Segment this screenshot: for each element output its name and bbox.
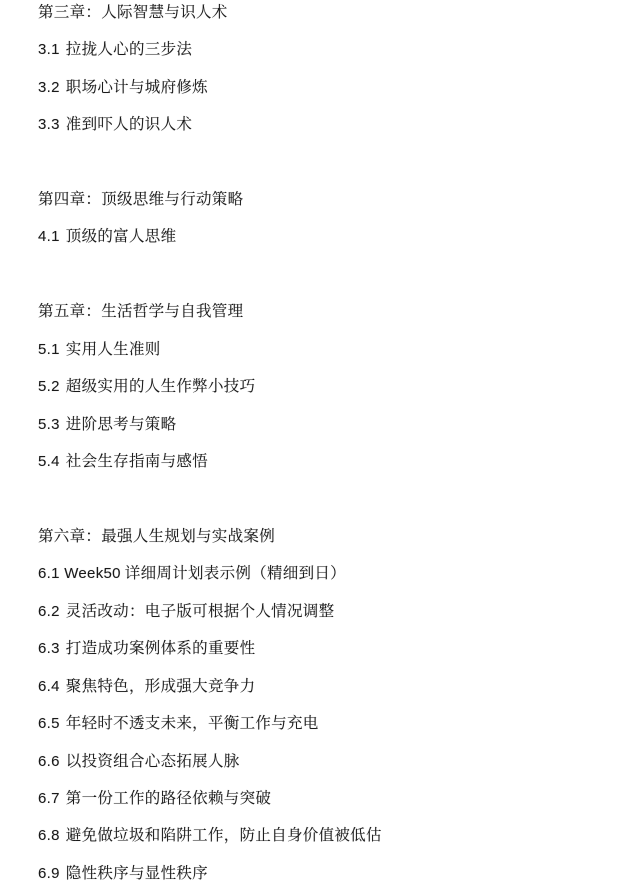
section-6-2: 6.2灵活改动：电子版可根据个人情况调整 xyxy=(38,599,334,623)
chapter-4-heading: 第四章：顶级思维与行动策略 xyxy=(38,187,243,211)
section-5-1: 5.1实用人生准则 xyxy=(38,337,161,361)
section-3-2: 3.2职场心计与城府修炼 xyxy=(38,75,208,99)
section-title: 职场心计与城府修炼 xyxy=(66,78,208,96)
section-6-6: 6.6以投资组合心态拓展人脉 xyxy=(38,749,240,773)
section-title: 聚焦特色，形成强大竞争力 xyxy=(66,677,256,695)
section-5-2: 5.2超级实用的人生作弊小技巧 xyxy=(38,374,255,398)
section-6-3: 6.3打造成功案例体系的重要性 xyxy=(38,636,255,660)
section-4-1: 4.1顶级的富人思维 xyxy=(38,224,176,248)
section-title: 避免做垃圾和陷阱工作，防止自身价值被低估 xyxy=(66,826,382,844)
section-number: 3.2 xyxy=(38,76,60,100)
section-6-7: 6.7第一份工作的路径依赖与突破 xyxy=(38,786,271,810)
section-title: 实用人生准则 xyxy=(66,340,161,358)
section-title: 打造成功案例体系的重要性 xyxy=(66,639,256,657)
section-number: 6.9 xyxy=(38,862,60,886)
section-number: 3.3 xyxy=(38,113,60,137)
section-title: 拉拢人心的三步法 xyxy=(66,40,192,58)
section-title: 年轻时不透支未来，平衡工作与充电 xyxy=(66,714,319,732)
section-5-3: 5.3进阶思考与策略 xyxy=(38,412,176,436)
section-6-1: 6.1 Week50详细周计划表示例（精细到日） xyxy=(38,561,346,585)
section-number: 6.2 xyxy=(38,600,60,624)
section-title: 社会生存指南与感悟 xyxy=(66,452,208,470)
chapter-3-heading: 第三章：人际智慧与识人术 xyxy=(38,0,228,24)
section-number: 5.2 xyxy=(38,375,60,399)
section-title: 以投资组合心态拓展人脉 xyxy=(66,752,240,770)
section-title: 进阶思考与策略 xyxy=(66,415,177,433)
section-3-3: 3.3准到吓人的识人术 xyxy=(38,112,192,136)
section-number: 5.4 xyxy=(38,450,60,474)
section-6-8: 6.8避免做垃圾和陷阱工作，防止自身价值被低估 xyxy=(38,823,382,847)
section-6-9: 6.9隐性秩序与显性秩序 xyxy=(38,861,208,885)
section-title: 第一份工作的路径依赖与突破 xyxy=(66,789,271,807)
section-3-1: 3.1拉拢人心的三步法 xyxy=(38,37,192,61)
section-number: 5.1 xyxy=(38,338,60,362)
section-title: 超级实用的人生作弊小技巧 xyxy=(66,377,256,395)
section-5-4: 5.4社会生存指南与感悟 xyxy=(38,449,208,473)
section-6-5: 6.5年轻时不透支未来，平衡工作与充电 xyxy=(38,711,319,735)
section-number: 6.1 Week50 xyxy=(38,562,121,586)
section-title: 隐性秩序与显性秩序 xyxy=(66,864,208,882)
section-number: 6.4 xyxy=(38,675,60,699)
section-number: 3.1 xyxy=(38,38,60,62)
section-title: 准到吓人的识人术 xyxy=(66,115,192,133)
section-number: 6.6 xyxy=(38,750,60,774)
section-6-4: 6.4聚焦特色，形成强大竞争力 xyxy=(38,674,255,698)
section-number: 4.1 xyxy=(38,225,60,249)
section-number: 6.7 xyxy=(38,787,60,811)
section-number: 5.3 xyxy=(38,413,60,437)
chapter-5-heading: 第五章：生活哲学与自我管理 xyxy=(38,299,243,323)
section-number: 6.3 xyxy=(38,637,60,661)
section-title: 顶级的富人思维 xyxy=(66,227,177,245)
section-number: 6.5 xyxy=(38,712,60,736)
section-title: 灵活改动：电子版可根据个人情况调整 xyxy=(66,602,335,620)
section-number: 6.8 xyxy=(38,824,60,848)
section-title: 详细周计划表示例（精细到日） xyxy=(125,564,346,582)
chapter-6-heading: 第六章：最强人生规划与实战案例 xyxy=(38,524,275,548)
